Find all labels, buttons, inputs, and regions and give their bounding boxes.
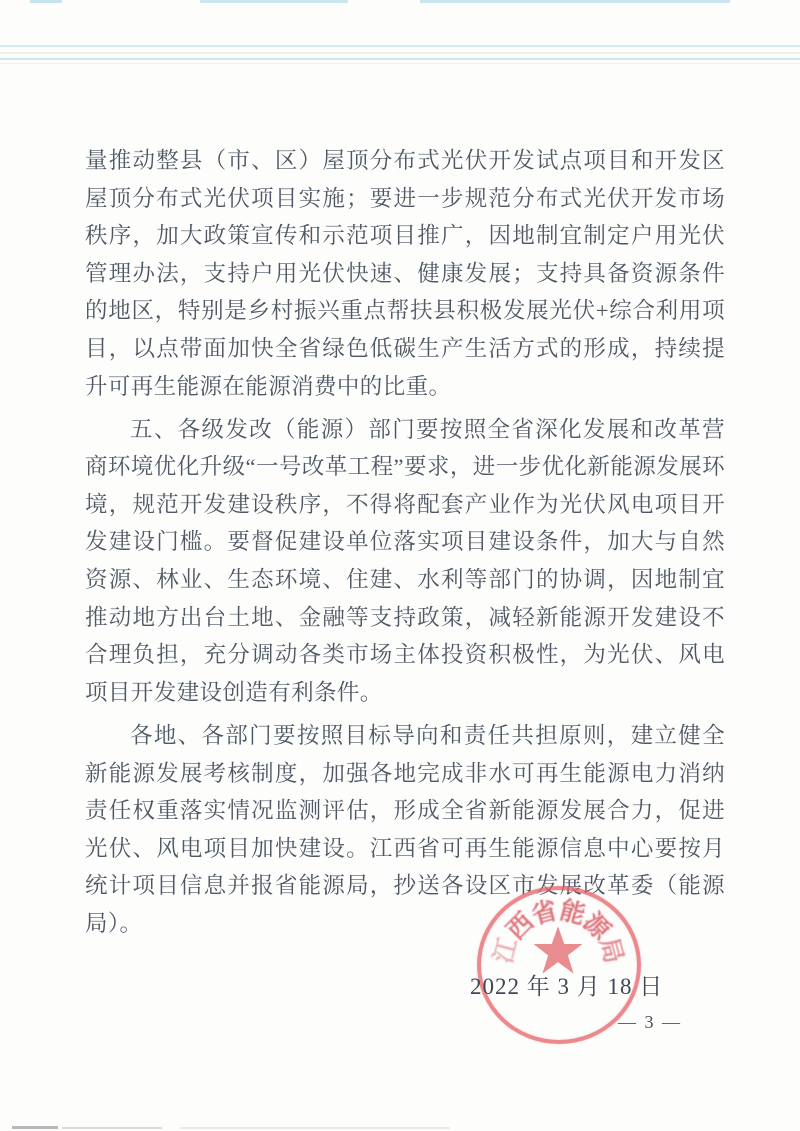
body-paragraph-section-5: 五、各级发改（能源）部门要按照全省深化发展和改革营商环境优化升级“一号改革工程”… [85, 411, 725, 712]
scan-artifact-bottom-dash [12, 1126, 58, 1129]
scan-artifact-bottom-dash [180, 1127, 450, 1129]
scan-artifact-line [0, 52, 800, 54]
body-paragraph-continuation: 量推动整县（市、区）屋顶分布式光伏开发试点项目和开发区屋顶分布式光伏项目实施；要… [85, 142, 725, 405]
scan-artifact-top-dash [200, 0, 348, 3]
scan-artifact-line [0, 63, 800, 64]
scan-artifact-line [0, 45, 800, 47]
scan-artifact-bottom-dash [62, 1127, 162, 1129]
scanned-document-page: 量推动整县（市、区）屋顶分布式光伏开发试点项目和开发区屋顶分布式光伏项目实施；要… [0, 0, 800, 1131]
issue-date: 2022 年 3 月 18 日 [470, 968, 663, 1001]
page-number: — 3 — [598, 1012, 702, 1033]
scan-artifact-top-dash [420, 0, 730, 3]
document-body: 量推动整县（市、区）屋顶分布式光伏开发试点项目和开发区屋顶分布式光伏项目实施；要… [85, 142, 725, 948]
scan-artifact-line [0, 58, 800, 60]
scan-artifact-top-dash [30, 0, 62, 3]
